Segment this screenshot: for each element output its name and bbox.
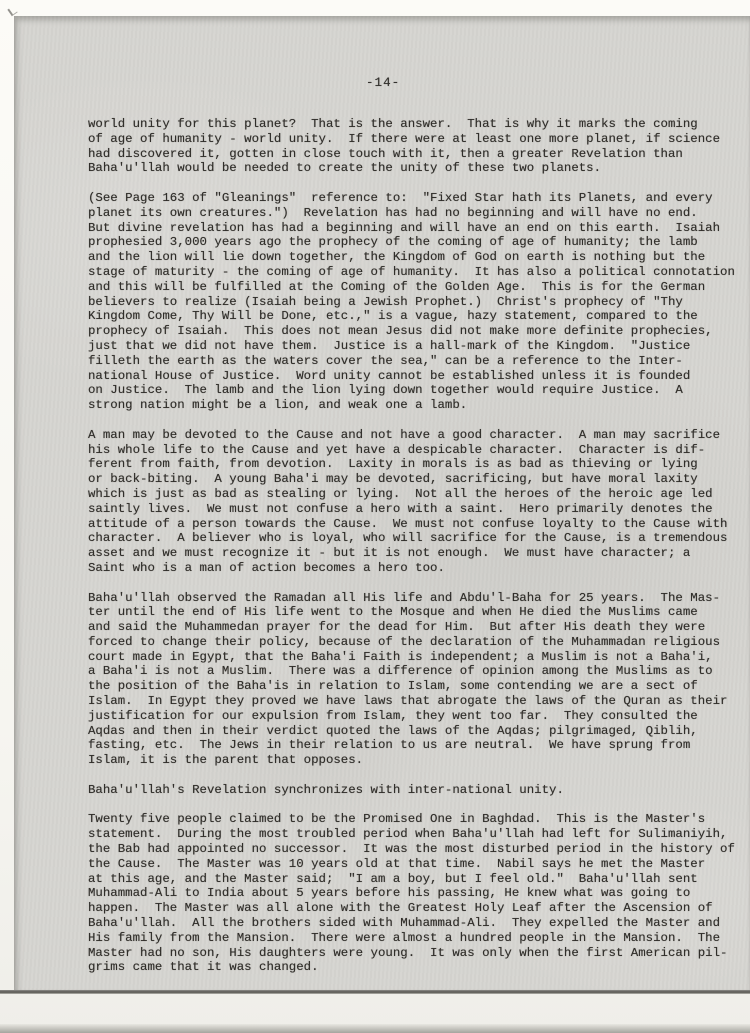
document-body: world unity for this planet? That is the…	[88, 117, 750, 975]
page-bottom-edge-shadow	[0, 990, 750, 994]
paragraph-revelation-unity: Baha'u'llah's Revelation synchronizes wi…	[88, 783, 750, 798]
scan-bottom-strip	[0, 1024, 750, 1033]
page-number: -14-	[366, 76, 400, 90]
scanner-background: -14- world unity for this planet? That i…	[0, 0, 750, 1033]
paragraph-world-unity: world unity for this planet? That is the…	[88, 117, 750, 176]
margin-speck	[7, 6, 17, 17]
paragraph-gleanings-revelation: (See Page 163 of "Gleanings" reference t…	[88, 191, 750, 413]
paragraph-promised-one: Twenty five people claimed to be the Pro…	[88, 812, 750, 975]
paragraph-ramadan-islam: Baha'u'llah observed the Ramadan all His…	[88, 591, 750, 769]
document-page: -14- world unity for this planet? That i…	[14, 16, 750, 992]
paragraph-character-devotion: A man may be devoted to the Cause and no…	[88, 428, 750, 576]
